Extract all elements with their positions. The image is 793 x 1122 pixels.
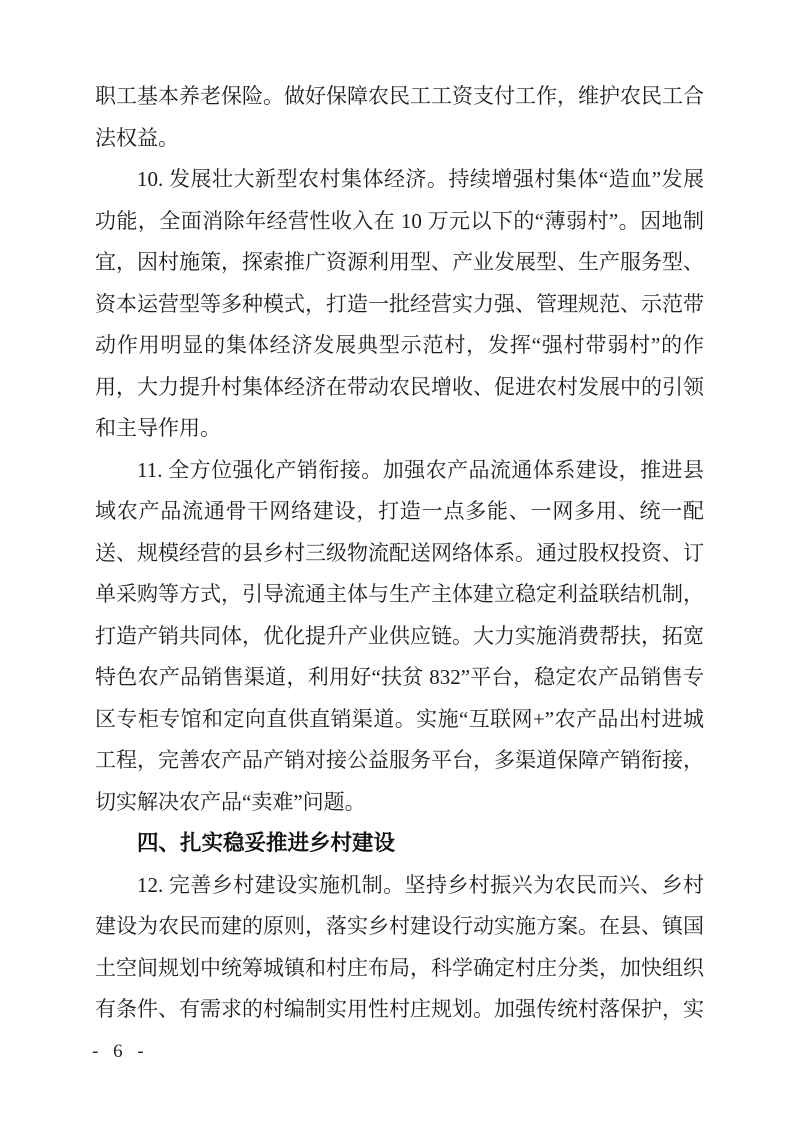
paragraph-12-topic-sentence: 12. 完善乡村建设实施机制。 bbox=[137, 873, 405, 897]
paragraph-12: 12. 完善乡村建设实施机制。坚持乡村振兴为农民而兴、乡村建设为农民而建的原则，… bbox=[95, 865, 704, 1031]
paragraph-11: 11. 全方位强化产销衔接。加强农产品流通体系建设，推进县域农产品流通骨干网络建… bbox=[95, 450, 704, 824]
paragraph-10: 10. 发展壮大新型农村集体经济。持续增强村集体“造血”发展功能，全面消除年经营… bbox=[95, 159, 704, 450]
paragraph-10-topic-sentence: 10. 发展壮大新型农村集体经济。 bbox=[137, 167, 448, 191]
page-number: - 6 - bbox=[92, 1041, 149, 1063]
section-heading-4: 四、扎实稳妥推进乡村建设 bbox=[95, 823, 704, 865]
document-body: 职工基本养老保险。做好保障农民工工资支付工作，维护农民工合法权益。 10. 发展… bbox=[95, 76, 704, 1031]
paragraph-continuation: 职工基本养老保险。做好保障农民工工资支付工作，维护农民工合法权益。 bbox=[95, 76, 704, 159]
paragraph-11-topic-sentence: 11. 全方位强化产销衔接。 bbox=[137, 458, 383, 482]
document-page: 职工基本养老保险。做好保障农民工工资支付工作，维护农民工合法权益。 10. 发展… bbox=[0, 0, 793, 1122]
paragraph-10-body-text: 持续增强村集体“造血”发展功能，全面消除年经营性收入在 10 万元以下的“薄弱村… bbox=[95, 167, 704, 440]
paragraph-11-body-text: 加强农产品流通体系建设，推进县域农产品流通骨干网络建设，打造一点多能、一网多用、… bbox=[95, 458, 704, 814]
